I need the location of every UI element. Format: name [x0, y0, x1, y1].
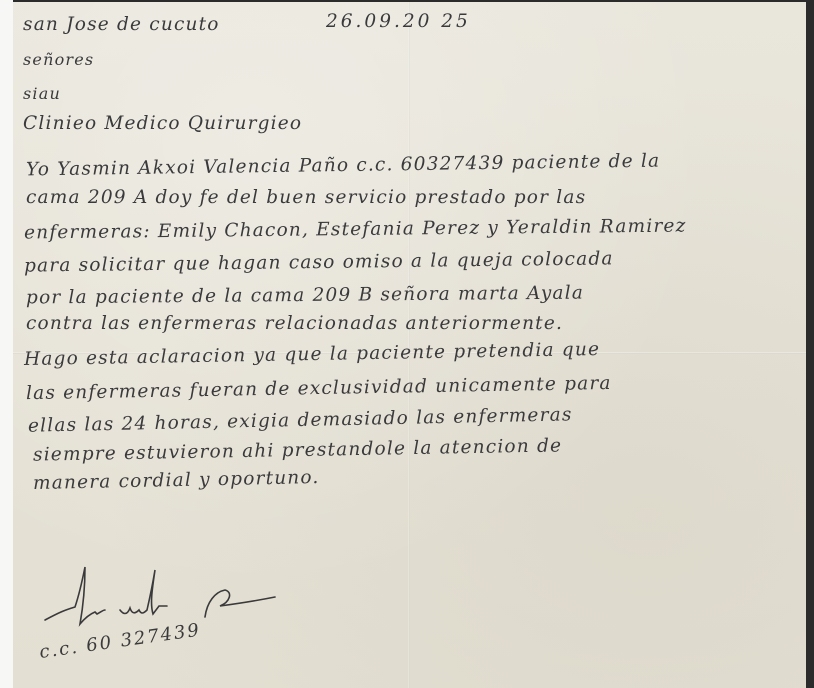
- recipient-line-1: señores: [23, 52, 94, 68]
- body-line-2: cama 209 A doy fe del buen servicio pres…: [26, 189, 586, 208]
- body-line-8: las enfermeras fueran de exclusividad un…: [26, 375, 612, 404]
- body-line-7: Hago esta aclaracion ya que la paciente …: [24, 341, 600, 370]
- signature-scrawl: [35, 562, 285, 632]
- scanned-page: san Jose de cucuto 26.09.20 25 señores s…: [0, 0, 814, 688]
- scan-margin-strip: [0, 0, 13, 688]
- recipient-line-3: Clinieo Medico Quirurgieo: [23, 115, 302, 134]
- body-line-6: contra las enfermeras relacionadas anter…: [26, 315, 563, 334]
- body-line-4: para solicitar que hagan caso omiso a la…: [24, 250, 614, 276]
- letter-place: san Jose de cucuto: [23, 16, 220, 35]
- body-line-1: Yo Yasmin Akxoi Valencia Paño c.c. 60327…: [26, 153, 660, 180]
- letter-date: 26.09.20 25: [326, 13, 471, 32]
- recipient-line-2: siau: [23, 86, 61, 102]
- letter-paper: san Jose de cucuto 26.09.20 25 señores s…: [13, 2, 806, 688]
- body-line-9: ellas las 24 horas, exigia demasiado las…: [28, 406, 573, 436]
- body-line-3: enfermeras: Emily Chacon, Estefania Pere…: [24, 218, 687, 243]
- body-line-10: siempre estuvieron ahi prestandole la at…: [33, 437, 562, 465]
- body-line-5: por la paciente de la cama 209 B señora …: [26, 285, 584, 308]
- body-line-11: manera cordial y oportuno.: [33, 469, 320, 493]
